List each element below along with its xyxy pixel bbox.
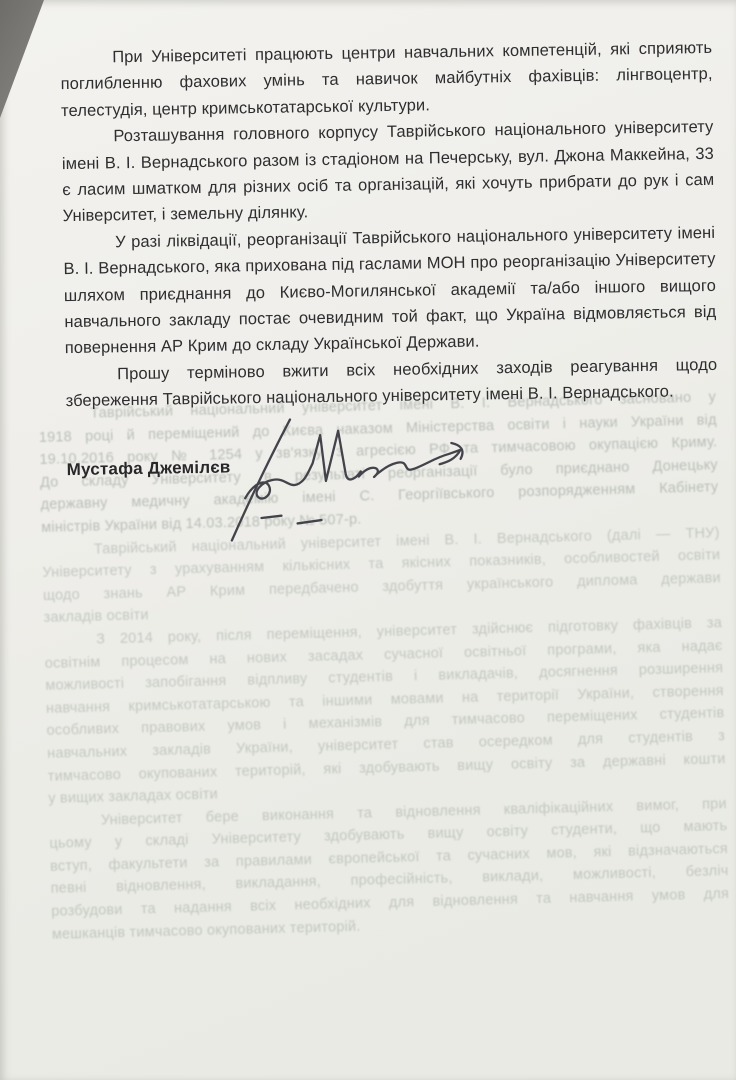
signatory-name: Мустафа Джемілєв: [67, 454, 231, 483]
paragraph-liquidation: У разі ліквідації, реорганізації Таврійс…: [63, 220, 717, 362]
paragraph-location: Розташування головного корпусу Таврійськ…: [61, 114, 715, 230]
scanned-letter-photo: При Університеті працюють центри навчаль…: [0, 0, 736, 1080]
paragraph-centers: При Університеті працюють центри навчаль…: [60, 35, 713, 124]
handwritten-signature-icon: [208, 398, 510, 553]
signature-block: Мустафа Джемілєв: [66, 421, 720, 551]
letter-body: При Університеті працюють центри навчаль…: [60, 35, 720, 551]
